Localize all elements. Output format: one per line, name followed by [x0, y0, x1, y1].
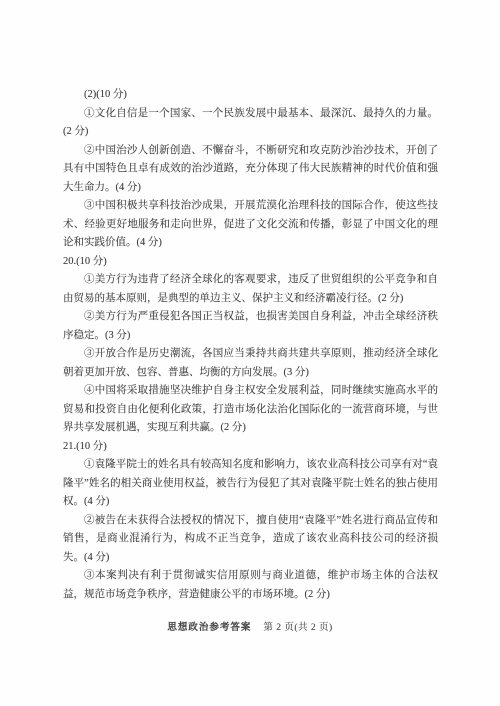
- footer-document-title: 思想政治参考答案: [167, 623, 251, 633]
- answer-item-21-3: ③本案判决有利于贯彻诚实信用原则与商业道德，维护市场主体的合法权益，规范市场竞争…: [63, 567, 438, 604]
- answer-item-21-1: ①袁隆平院士的姓名具有较高知名度和影响力，该农业高科技公司享有对“袁隆平”姓名的…: [63, 456, 438, 512]
- answer-item-20-2: ②美方行为严重侵犯各国正当权益，也损害美国自身利益，冲击全球经济秩序稳定。(3 …: [63, 308, 438, 345]
- answer-item-20-1: ①美方行为违背了经济全球化的客观要求，违反了世贸组织的公平竞争和自由贸易的基本原…: [63, 271, 438, 308]
- footer-page-number: 第 2 页(共 2 页): [263, 623, 332, 633]
- answer-item-20-4: ④中国将采取措施坚决维护自身主权安全发展利益，同时继续实施高水平的贸易和投资自由…: [63, 382, 438, 438]
- section-19-2-heading: (2)(10 分): [63, 86, 438, 105]
- answer-item-21-2: ②被告在未获得合法授权的情况下，擅自使用“袁隆平”姓名进行商品宣传和销售，是商业…: [63, 512, 438, 568]
- document-page: (2)(10 分) ①文化自信是一个国家、一个民族发展中最基本、最深沉、最持久的…: [0, 0, 500, 706]
- page-footer: 思想政治参考答案第 2 页(共 2 页): [0, 619, 500, 633]
- answer-item-20-3: ③开放合作是历史潮流，各国应当秉持共商共建共享原则，推动经济全球化朝着更加开放、…: [63, 345, 438, 382]
- section-20-heading: 20.(10 分): [63, 253, 438, 272]
- answer-content: (2)(10 分) ①文化自信是一个国家、一个民族发展中最基本、最深沉、最持久的…: [63, 86, 438, 604]
- answer-item-19-2-1: ①文化自信是一个国家、一个民族发展中最基本、最深沉、最持久的力量。(2 分): [63, 105, 438, 142]
- answer-item-19-2-3: ③中国积极共享科技治沙成果，开展荒漠化治理科技的国际合作，使这些技术、经验更好地…: [63, 197, 438, 253]
- answer-item-19-2-2: ②中国治沙人创新创造、不懈奋斗，不断研究和攻克防沙治沙技术，开创了具有中国特色且…: [63, 142, 438, 198]
- section-21-heading: 21.(10 分): [63, 438, 438, 457]
